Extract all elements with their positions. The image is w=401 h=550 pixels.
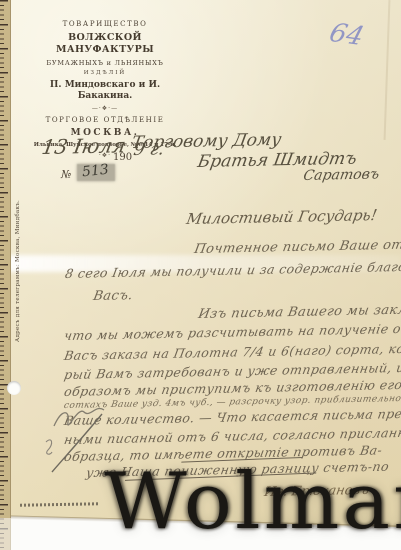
company-goods-2: ИЗДѢЛІЙ bbox=[26, 70, 184, 77]
handwritten-number: 513 bbox=[81, 162, 109, 181]
scanned-letter-photo: ТОВАРИЩЕСТВО ВОЛЖСКОЙ МАНУФАКТУРЫ БУМАЖН… bbox=[0, 0, 401, 550]
printed-year: 190 bbox=[113, 152, 132, 163]
telegraph-address: Адресъ для телеграммъ: Москва, Миндбакъ. bbox=[15, 200, 21, 342]
body-line: Васъ. bbox=[92, 288, 134, 304]
company-type: ТОВАРИЩЕСТВО bbox=[26, 20, 184, 29]
addressee-city: Саратовъ bbox=[302, 166, 381, 184]
company-owners: П. Миндовскаго и И. Бакакина. bbox=[26, 80, 184, 103]
addressee-line-1: Торговому Дому bbox=[130, 130, 283, 153]
trade-department: ТОРГОВОЕ ОТДѢЛЕНІЕ bbox=[26, 116, 184, 125]
measuring-ruler bbox=[0, 0, 11, 550]
ruler-below-paper bbox=[0, 518, 11, 550]
company-name: ВОЛЖСКОЙ МАНУФАКТУРЫ bbox=[26, 32, 184, 56]
punch-hole bbox=[7, 381, 21, 395]
watermark-text: Wolmar bbox=[104, 463, 401, 541]
ornament-divider: —·❖·— bbox=[26, 105, 184, 112]
company-goods: БУМАЖНЫХЪ и ЛЬНЯНЫХЪ bbox=[26, 59, 184, 67]
number-label: № bbox=[61, 168, 71, 181]
